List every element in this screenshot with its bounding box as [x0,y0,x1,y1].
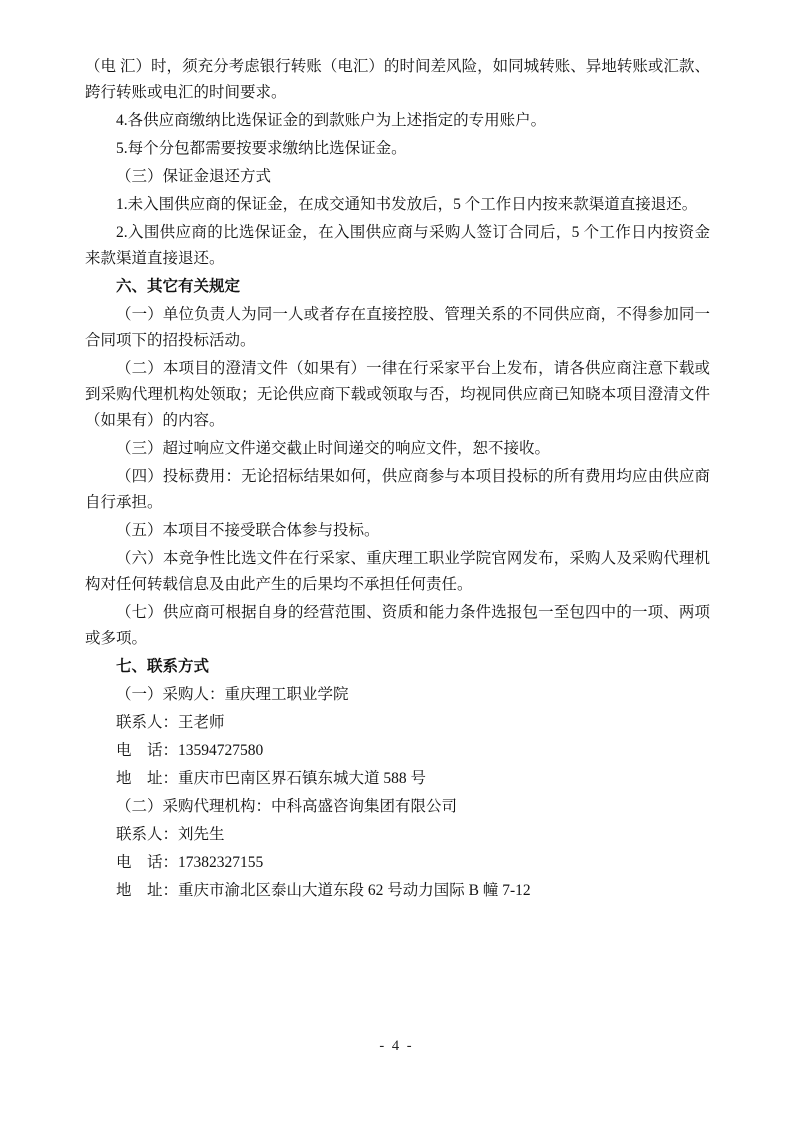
contact-name: 联系人：刘先生 [85,822,710,848]
paragraph-continued: （电 汇）时，须充分考虑银行转账（电汇）的时间差风险，如同城转账、异地转账或汇款… [85,54,710,106]
paragraph: （七）供应商可根据自身的经营范围、资质和能力条件选报包一至包四中的一项、两项或多… [85,600,710,652]
paragraph: （五）本项目不接受联合体参与投标。 [85,518,710,544]
page-number: - 4 - [0,1038,793,1055]
section-heading: 六、其它有关规定 [85,274,710,300]
document-page: （电 汇）时，须充分考虑银行转账（电汇）的时间差风险，如同城转账、异地转账或汇款… [0,0,793,1122]
paragraph: （一）单位负责人为同一人或者存在直接控股、管理关系的不同供应商，不得参加同一合同… [85,302,710,354]
paragraph: 2.入围供应商的比选保证金，在入围供应商与采购人签订合同后，5 个工作日内按资金… [85,220,710,272]
contact-address: 地 址：重庆市巴南区界石镇东城大道 588 号 [85,766,710,792]
paragraph: 4.各供应商缴纳比选保证金的到款账户为上述指定的专用账户。 [85,108,710,134]
paragraph: （一）采购人：重庆理工职业学院 [85,682,710,708]
paragraph: 5.每个分包都需要按要求缴纳比选保证金。 [85,136,710,162]
contact-phone: 电 话：13594727580 [85,738,710,764]
contact-phone: 电 话：17382327155 [85,850,710,876]
contact-address: 地 址：重庆市渝北区泰山大道东段 62 号动力国际 B 幢 7-12 [85,878,710,904]
paragraph: （二）采购代理机构：中科高盛咨询集团有限公司 [85,794,710,820]
contact-name: 联系人：王老师 [85,710,710,736]
section-heading: 七、联系方式 [85,654,710,680]
document-body: （电 汇）时，须充分考虑银行转账（电汇）的时间差风险，如同城转账、异地转账或汇款… [85,54,710,906]
paragraph: （二）本项目的澄清文件（如果有）一律在行采家平台上发布，请各供应商注意下载或到采… [85,356,710,434]
paragraph: （四）投标费用：无论招标结果如何，供应商参与本项目投标的所有费用均应由供应商自行… [85,464,710,516]
sub-heading: （三）保证金退还方式 [85,164,710,190]
paragraph: （六）本竞争性比选文件在行采家、重庆理工职业学院官网发布，采购人及采购代理机构对… [85,546,710,598]
paragraph: 1.未入围供应商的保证金，在成交通知书发放后，5 个工作日内按来款渠道直接退还。 [85,192,710,218]
paragraph: （三）超过响应文件递交截止时间递交的响应文件，恕不接收。 [85,436,710,462]
